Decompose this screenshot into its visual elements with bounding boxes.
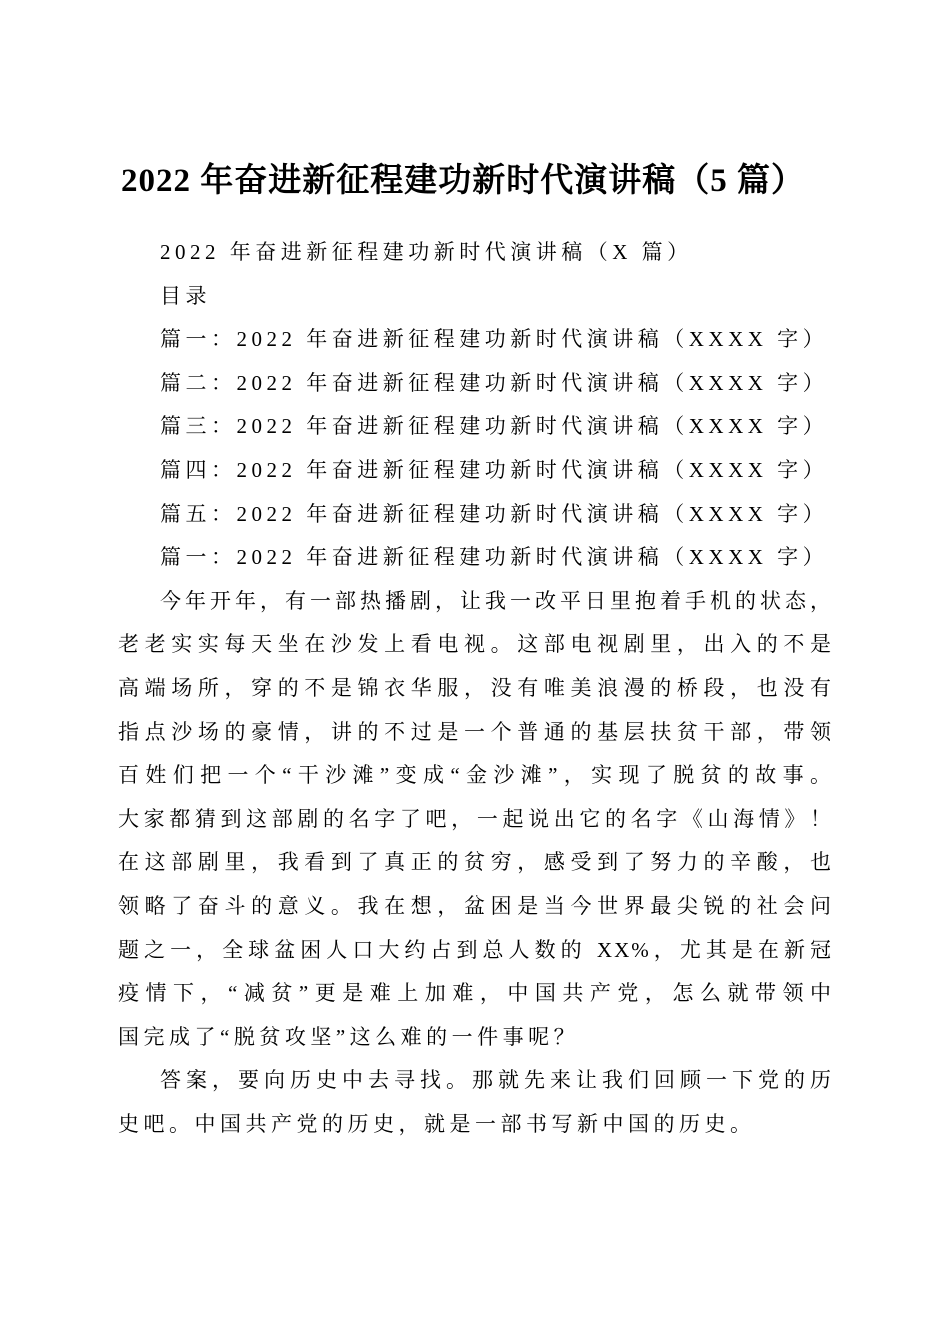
body-line: 领略了奋斗的意义。我在想，盆困是当今世界最尖锐的社会问 xyxy=(118,885,833,929)
document-title: 2022 年奋进新征程建功新时代演讲稿（5 篇） xyxy=(121,158,805,204)
toc-item: 篇一：2022 年奋进新征程建功新时代演讲稿（XXXX 字） xyxy=(118,318,833,362)
document-subtitle: 2022 年奋进新征程建功新时代演讲稿（X 篇） xyxy=(118,231,833,275)
document-page: 2022 年奋进新征程建功新时代演讲稿（5 篇） 2022 年奋进新征程建功新时… xyxy=(0,0,950,1344)
body-line: 老老实实每天坐在沙发上看电视。这部电视剧里，出入的不是 xyxy=(118,623,833,667)
body-line: 题之一，全球盆困人口大约占到总人数的 XX%，尤其是在新冠 xyxy=(118,929,833,973)
section-heading: 篇一：2022 年奋进新征程建功新时代演讲稿（XXXX 字） xyxy=(118,536,833,580)
body-line: 在这部剧里，我看到了真正的贫穷，感受到了努力的辛酸，也 xyxy=(118,841,833,885)
body-line: 高端场所，穿的不是锦衣华服，没有唯美浪漫的桥段，也没有 xyxy=(118,667,833,711)
toc-item: 篇五：2022 年奋进新征程建功新时代演讲稿（XXXX 字） xyxy=(118,493,833,537)
body-line: 今年开年，有一部热播剧，让我一改平日里抱着手机的状态， xyxy=(118,580,833,624)
paragraph: 答案，要向历史中去寻找。那就先来让我们回顾一下党的历 史吧。中国共产党的历史，就… xyxy=(118,1059,833,1146)
body-line: 答案，要向历史中去寻找。那就先来让我们回顾一下党的历 xyxy=(118,1059,833,1103)
toc-heading: 目录 xyxy=(118,275,833,319)
toc-item: 篇三：2022 年奋进新征程建功新时代演讲稿（XXXX 字） xyxy=(118,405,833,449)
document-body: 2022 年奋进新征程建功新时代演讲稿（X 篇） 目录 篇一：2022 年奋进新… xyxy=(118,231,833,1146)
toc-item: 篇四：2022 年奋进新征程建功新时代演讲稿（XXXX 字） xyxy=(118,449,833,493)
body-line: 大家都猜到这部剧的名字了吧，一起说出它的名字《山海情》！ xyxy=(118,798,833,842)
body-line: 疫情下，“减贫”更是难上加难，中国共产党，怎么就带领中 xyxy=(118,972,833,1016)
body-line: 国完成了“脱贫攻坚”这么难的一件事呢？ xyxy=(118,1016,833,1060)
body-line: 史吧。中国共产党的历史，就是一部书写新中国的历史。 xyxy=(118,1103,833,1147)
body-line: 指点沙场的豪情，讲的不过是一个普通的基层扶贫干部，带领 xyxy=(118,711,833,755)
toc-item: 篇二：2022 年奋进新征程建功新时代演讲稿（XXXX 字） xyxy=(118,362,833,406)
paragraph: 今年开年，有一部热播剧，让我一改平日里抱着手机的状态， 老老实实每天坐在沙发上看… xyxy=(118,580,833,1060)
body-line: 百姓们把一个“干沙滩”变成“金沙滩”，实现了脱贫的故事。 xyxy=(118,754,833,798)
